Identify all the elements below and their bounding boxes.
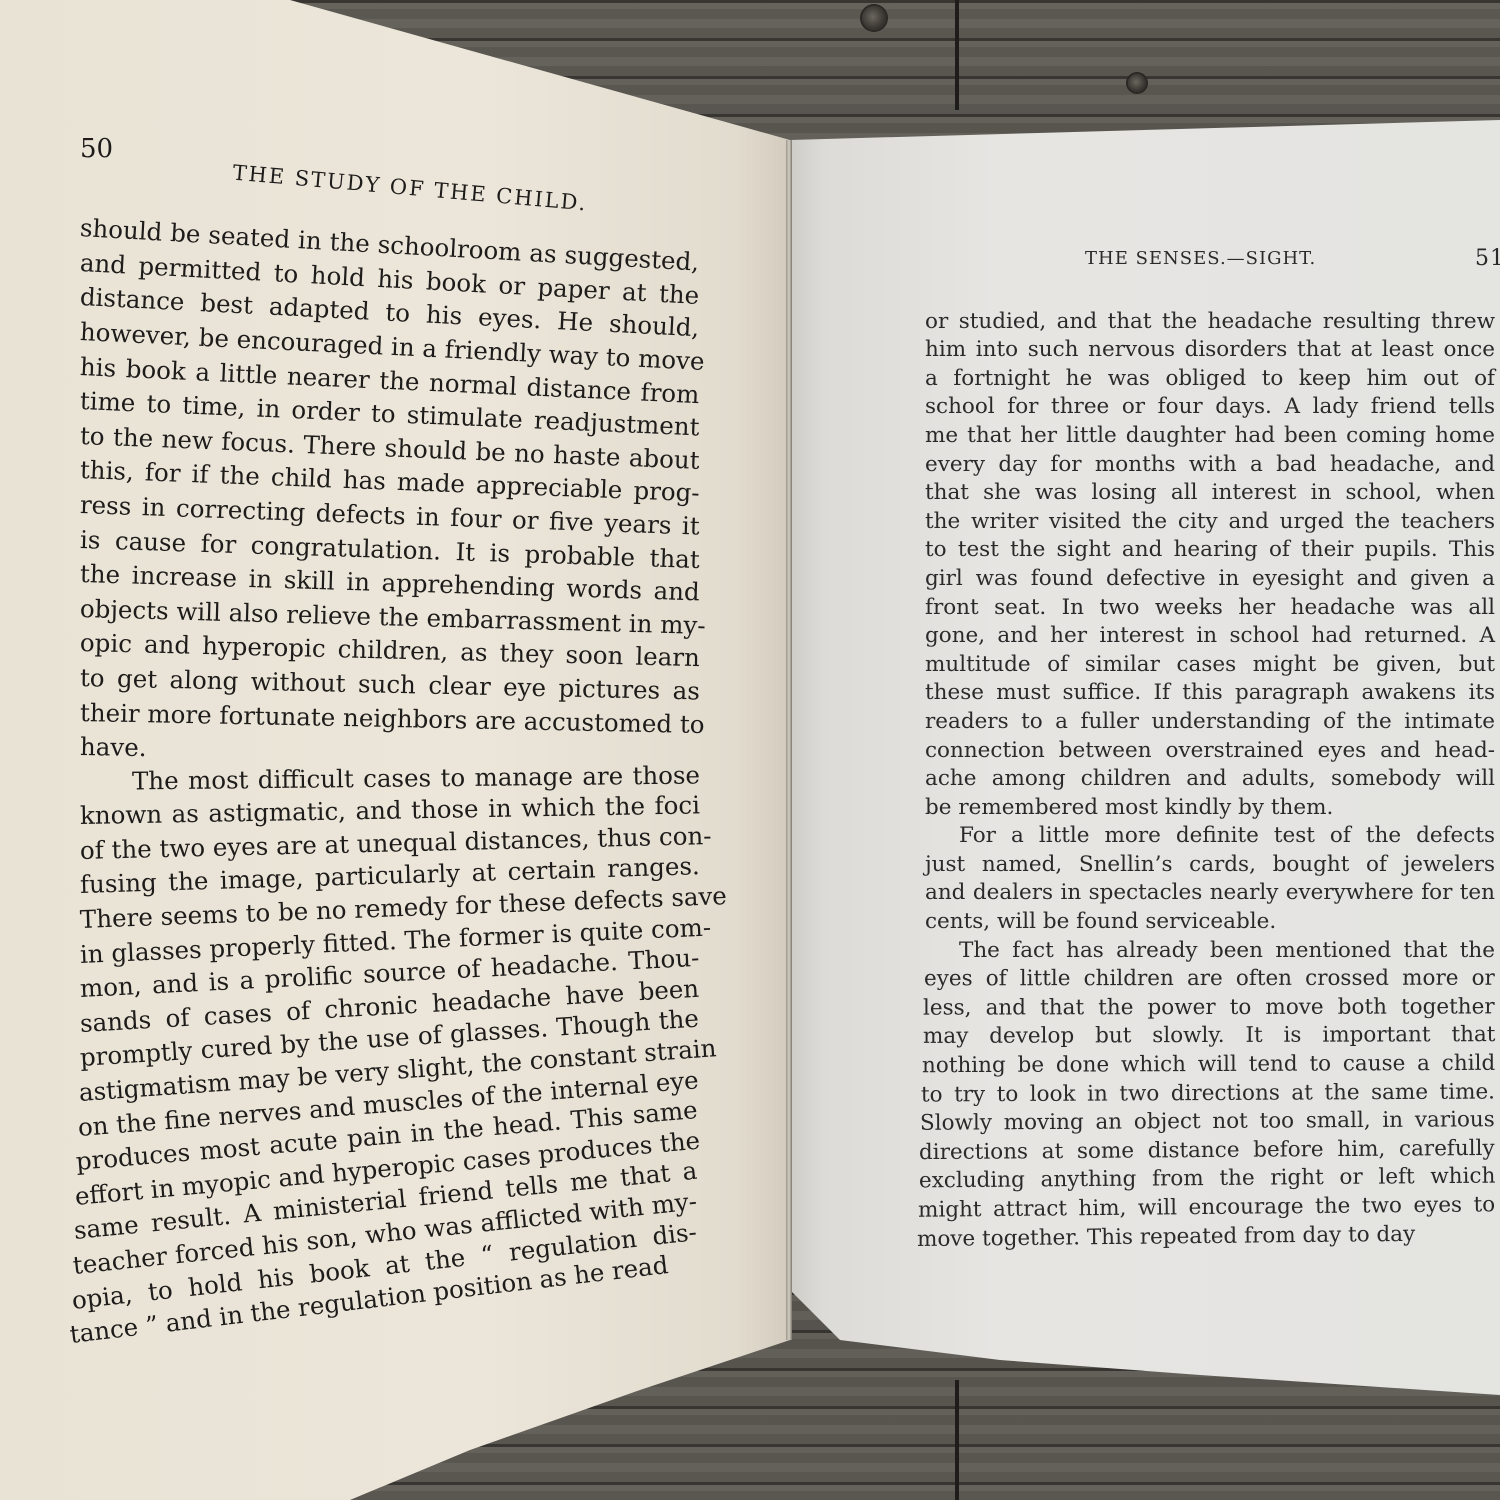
text-line: the writer visited the city and urged th…: [925, 508, 1495, 537]
text-line: every day for months with a bad headache…: [925, 451, 1495, 480]
text-line: move together. This repeated from day to…: [917, 1220, 1495, 1255]
running-head-right: THE SENSES.—SIGHT.: [1085, 245, 1316, 274]
text-line: ache among children and adults, somebody…: [925, 765, 1495, 794]
text-line: connection between overstrained eyes and…: [925, 737, 1495, 766]
text-line: and dealers in spectacles nearly everywh…: [925, 879, 1495, 908]
text-line: these must suffice. If this paragraph aw…: [925, 679, 1495, 708]
nail-head-icon: [1128, 74, 1146, 92]
text-line: front seat. In two weeks her headache wa…: [925, 594, 1495, 623]
text-line: to test the sight and hearing of their p…: [925, 536, 1495, 565]
text-line: less, and that the power to move both to…: [923, 993, 1495, 1023]
text-line: to try to look in two directions at the …: [921, 1078, 1495, 1110]
text-line: The fact has already been mentioned that…: [925, 937, 1495, 966]
text-line: Slowly moving an object not too small, i…: [920, 1106, 1495, 1138]
book-gutter: [786, 140, 792, 1340]
text-line: a fortnight he was obliged to keep him o…: [925, 365, 1495, 394]
text-line: eyes of little children are often crosse…: [924, 965, 1495, 994]
text-line: just named, Snellin’s cards, bought of j…: [925, 851, 1495, 880]
wood-board-seam: [955, 1380, 959, 1500]
text-line: him into such nervous disorders that at …: [925, 336, 1495, 365]
left-page-body: should be seated in the schoolroom as su…: [80, 211, 700, 1353]
text-line: be remembered most kindly by them.: [925, 794, 1495, 823]
left-page-text: 50 THE STUDY OF THE CHILD. should be sea…: [80, 132, 700, 1353]
right-page-text: THE SENSES.—SIGHT. 51 or studied, and th…: [925, 245, 1495, 1251]
text-line: may develop but slowly. It is important …: [923, 1022, 1495, 1052]
text-line: For a little more definite test of the d…: [925, 822, 1495, 851]
text-line: that she was losing all interest in scho…: [925, 479, 1495, 508]
text-line: cents, will be found serviceable.: [925, 908, 1495, 937]
right-page-body: or studied, and that the headache result…: [925, 308, 1495, 1252]
running-head-right-row: THE SENSES.—SIGHT. 51: [925, 245, 1495, 274]
nail-head-icon: [862, 6, 886, 30]
text-line: gone, and her interest in school had ret…: [925, 622, 1495, 651]
page-number-right: 51: [1475, 245, 1500, 274]
text-line: girl was found defective in eyesight and…: [925, 565, 1495, 594]
text-line: readers to a fuller understanding of the…: [925, 708, 1495, 737]
text-line: me that her little daughter had been com…: [925, 422, 1495, 451]
wood-board-seam: [955, 0, 959, 110]
text-line: nothing be done which will tend to cause…: [922, 1050, 1495, 1081]
text-line: school for three or four days. A lady fr…: [925, 393, 1495, 422]
text-line: multitude of similar cases might be give…: [925, 651, 1495, 680]
text-line: or studied, and that the headache result…: [925, 308, 1495, 337]
